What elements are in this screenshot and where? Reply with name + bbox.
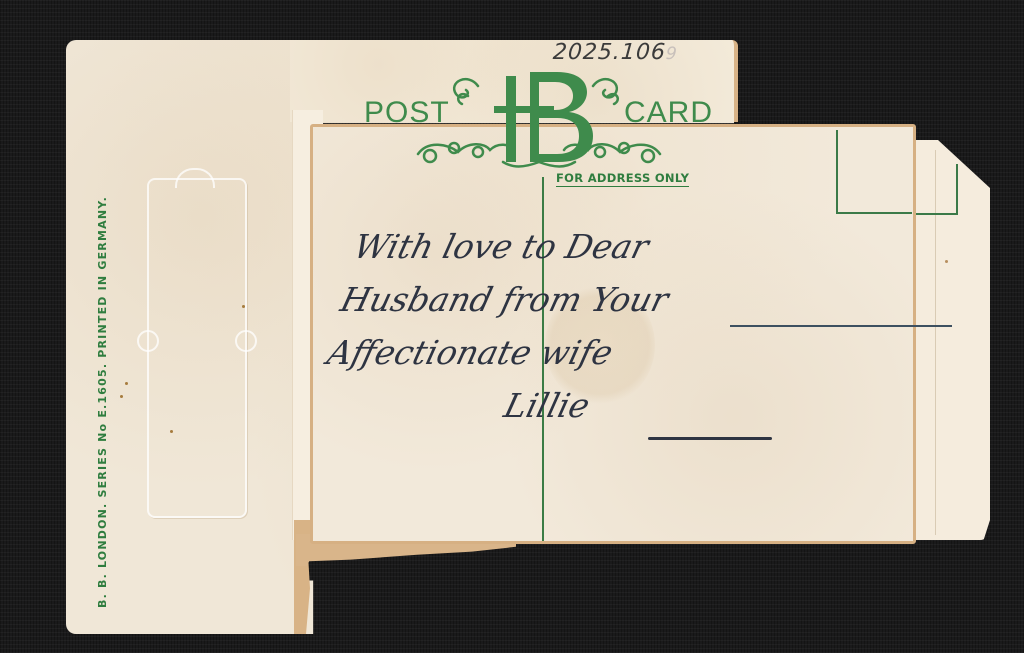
publisher-imprint: B. B. LONDON. SERIES No E.1605. PRINTED … xyxy=(96,118,109,608)
stamp-box-outline-flap xyxy=(912,164,958,215)
message-line: Husband from Your xyxy=(335,273,908,326)
foxing-spot xyxy=(945,260,948,263)
foxing-spot xyxy=(125,382,128,385)
address-only-label: FOR ADDRESS ONLY xyxy=(556,171,689,187)
message-line: With love to Dear xyxy=(348,220,921,273)
embossed-frame xyxy=(147,178,247,518)
foxing-spot xyxy=(120,395,123,398)
signature-flourish xyxy=(648,437,772,440)
foxing-spot xyxy=(170,430,173,433)
handwritten-message: With love to Dear Husband from Your Affe… xyxy=(309,220,922,432)
catalog-number: 2025.1069 xyxy=(552,40,679,65)
signature: Lillie xyxy=(499,379,882,432)
catalog-number-text: 2025.106 xyxy=(552,40,667,65)
message-line: Affectionate wife xyxy=(322,326,895,379)
foxing-spot xyxy=(242,305,245,308)
bb-monogram-icon xyxy=(408,66,670,178)
catalog-number-suffix: 9 xyxy=(665,44,678,64)
stamp-box-icon xyxy=(836,130,912,214)
